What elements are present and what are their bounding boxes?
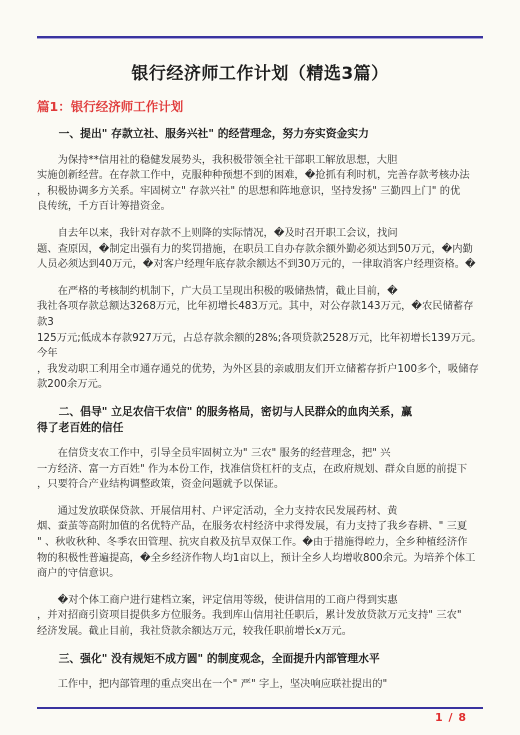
body-paragraph: 在信贷支农工作中，引导全员牢固树立为" 三农" 服务的经营理念，把" 兴 一方经… (37, 446, 483, 493)
body-paragraph: 自去年以来，我针对存款不上则降的实际情况，�及时召开职工会议，找问 题、查原因，… (37, 226, 483, 273)
body-paragraph: �对个体工商户进行建档立案，评定信用等级，使讲信用的工商户得到实惠 ，并对招商引… (37, 593, 483, 640)
footer-rule (37, 707, 483, 709)
document-body: 一、提出" 存款立社、服务兴社" 的经营理念，努力夯实资金实力 为保持**信用社… (37, 126, 483, 693)
body-paragraph: 通过发放联保贷款、开展信用村、户评定活动，全力支持农民发展药材、黄 烟、蚕茧等高… (37, 504, 483, 582)
part1-heading: 篇1：银行经济师工作计划 (37, 99, 483, 115)
section2-heading: 二、倡导" 立足农信干农信" 的服务格局，密切与人民群众的血肉关系，赢 得了老百… (37, 404, 483, 435)
page-number: 1 / 8 (435, 711, 467, 725)
section1-heading: 一、提出" 存款立社、服务兴社" 的经营理念，努力夯实资金实力 (37, 126, 483, 142)
section3-heading: 三、强化" 没有规矩不成方圆" 的制度观念，全面提升内部管理水平 (37, 651, 483, 667)
document-page: 银行经济师工作计划（精选3篇） 篇1：银行经济师工作计划 一、提出" 存款立社、… (0, 0, 520, 735)
body-paragraph: 为保持**信用社的稳健发展势头，我积极带领全社干部职工解放思想，大胆 实施创新经… (37, 153, 483, 215)
body-paragraph: 在严格的考核制约机制下，广大员工呈现出积极的吸储热情，截止目前，� 我社各项存款… (37, 284, 483, 393)
document-title: 银行经济师工作计划（精选3篇） (37, 63, 483, 86)
document-content: 银行经济师工作计划（精选3篇） 篇1：银行经济师工作计划 一、提出" 存款立社、… (37, 38, 483, 693)
body-paragraph: 工作中，把内部管理的重点突出在一个" 严" 字上，坚决响应联社提出的" (37, 677, 483, 693)
